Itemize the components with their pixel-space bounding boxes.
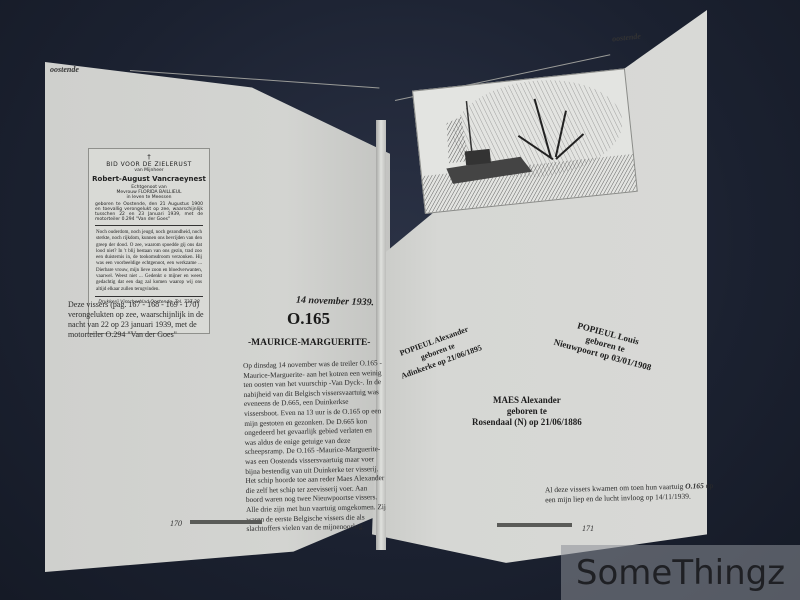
victim-maes-alexander: MAES Alexander geboren te Rosendaal (N) … (472, 395, 582, 428)
watermark-logo: SomeThingz (561, 545, 800, 600)
running-head-left: oostende (50, 65, 79, 74)
cross-icon: † (89, 153, 209, 161)
article-title: O.165 (287, 309, 330, 329)
card-of: van Mijnheer (89, 168, 209, 173)
side-paragraph: Deze vissers (pag. 167 - 168 - 169 - 170… (68, 300, 218, 340)
article-subtitle: -MAURICE-MARGUERITE- (248, 338, 370, 348)
victim-born-label: geboren te (472, 406, 582, 417)
card-divider-bottom (95, 296, 203, 297)
victim-name: MAES Alexander (472, 395, 582, 406)
card-residence: in leven te Meessen (89, 195, 209, 200)
page-number-right: 171 (582, 524, 594, 533)
caption-boat-id: O.165 (685, 481, 704, 490)
page-bar-left (190, 520, 262, 524)
card-body: Noch ouderdom, noch jeugd, noch gezondhe… (89, 230, 209, 293)
article-body: Op dinsdag 14 november was de treiler O.… (243, 358, 387, 534)
card-heading: BID VOOR DE ZIELERUST (89, 161, 209, 168)
boat-explosion-illustration (413, 69, 637, 212)
card-name: Robert-August Vancraeynest (89, 175, 209, 183)
page-number-left: 170 (170, 519, 182, 528)
card-details: geboren te Oostende, den 21 Augustus 190… (89, 202, 209, 222)
card-divider (95, 225, 203, 226)
illustration-etching (412, 68, 638, 214)
page-bar-right (497, 523, 572, 527)
victim-birth-info: Rosendaal (N) op 21/06/1886 (472, 417, 582, 428)
